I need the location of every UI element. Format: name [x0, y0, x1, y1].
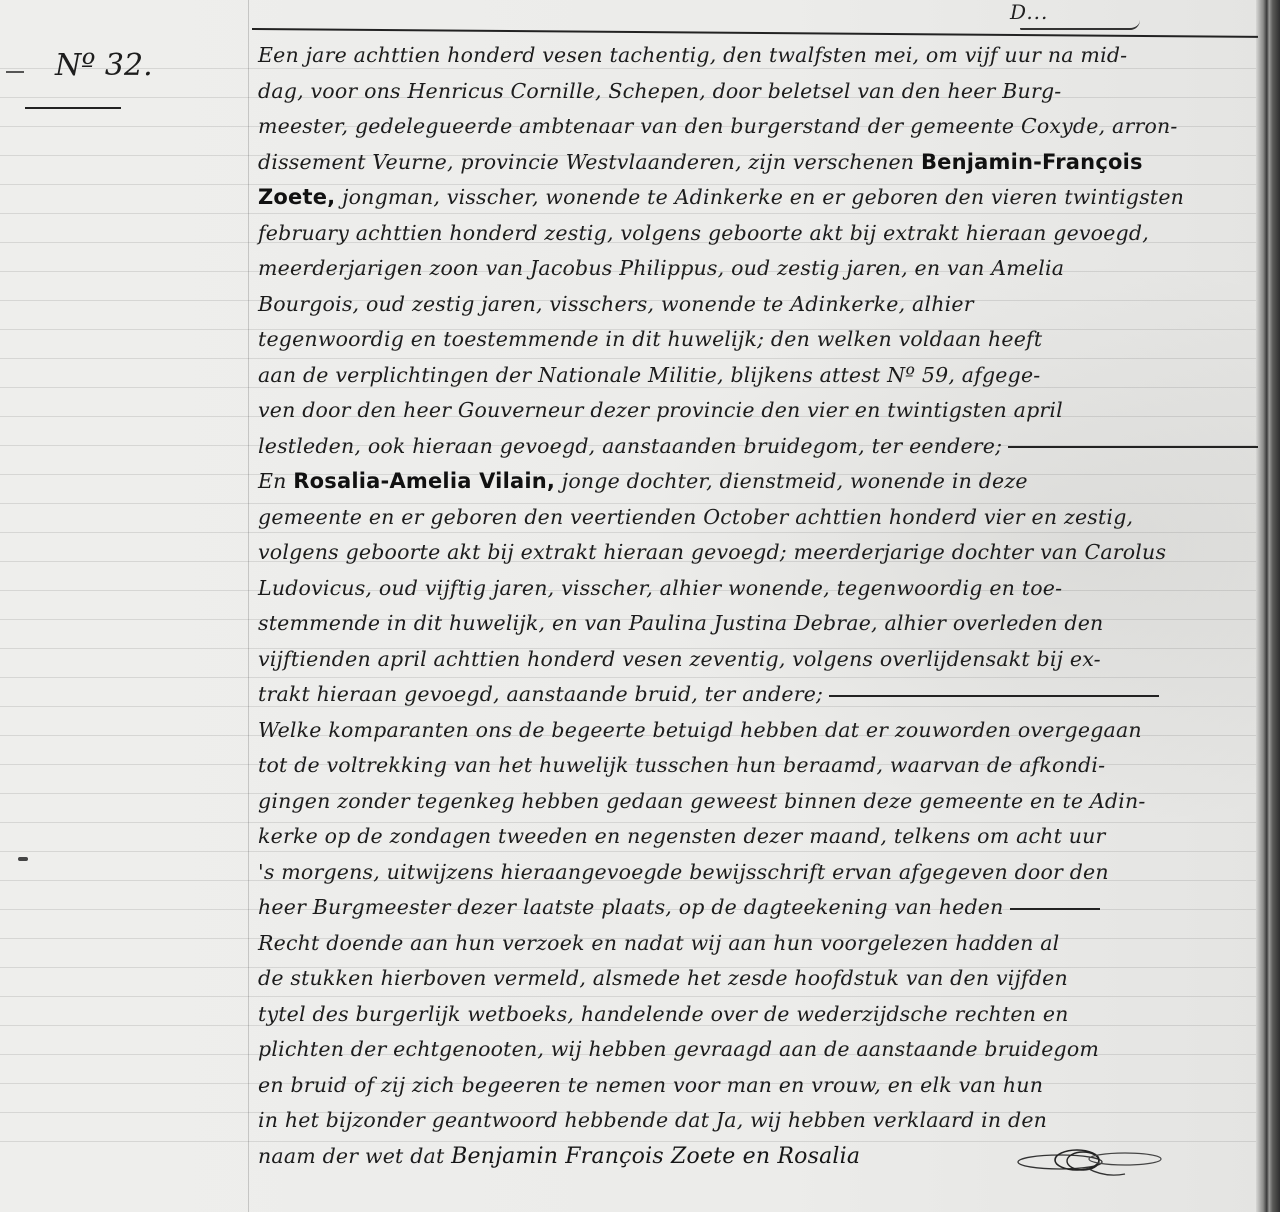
- line-filler-rule: [829, 695, 1159, 697]
- margin-rule: [248, 0, 249, 1212]
- signature-flourish: [1020, 20, 1140, 30]
- record-text: Een jare achttien honderd vesen tachenti…: [258, 38, 1242, 1174]
- record-line: gemeente en er geboren den veertienden O…: [258, 500, 1242, 536]
- record-line: plichten der echtgenooten, wij hebben ge…: [258, 1032, 1242, 1068]
- record-line-text: dissement Veurne, provincie Westvlaander…: [258, 150, 921, 174]
- record-line: Recht doende aan hun verzoek en nadat wi…: [258, 926, 1242, 962]
- record-line: kerke op de zondagen tweeden en negenste…: [258, 819, 1242, 855]
- record-line-text: naam der wet dat: [258, 1144, 451, 1168]
- record-line: heer Burgmeester dezer laatste plaats, o…: [258, 890, 1242, 926]
- record-line: vijftienden april achttien honderd vesen…: [258, 642, 1242, 678]
- record-line-text: jonge dochter, dienstmeid, wonende in de…: [555, 469, 1028, 493]
- page-binding-edge: [1256, 0, 1280, 1212]
- record-line-text: jongman, visscher, wonende te Adinkerke …: [335, 185, 1184, 209]
- record-line: de stukken hierboven vermeld, alsmede he…: [258, 961, 1242, 997]
- record-line: Bourgois, oud zestig jaren, visschers, w…: [258, 287, 1242, 323]
- record-line: Ludovicus, oud vijftig jaren, visscher, …: [258, 571, 1242, 607]
- record-line: gingen zonder tegenkeg hebben gedaan gew…: [258, 784, 1242, 820]
- record-line: tytel des burgerlijk wetboeks, handelend…: [258, 997, 1242, 1033]
- margin-ink-mark: [18, 857, 28, 861]
- record-line-text: lestleden, ook hieraan gevoegd, aanstaan…: [258, 434, 1002, 458]
- record-line: dag, voor ons Henricus Cornille, Schepen…: [258, 74, 1242, 110]
- record-line: tot de voltrekking van het huwelijk tuss…: [258, 748, 1242, 784]
- line-filler-rule: [1008, 446, 1258, 448]
- record-line: tegenwoordig en toestemmende in dit huwe…: [258, 322, 1242, 358]
- record-line: stemmende in dit huwelijk, en van Paulin…: [258, 606, 1242, 642]
- record-line: trakt hieraan gevoegd, aanstaande bruid,…: [258, 677, 1242, 713]
- margin-dash: [6, 71, 24, 73]
- record-line: lestleden, ook hieraan gevoegd, aanstaan…: [258, 429, 1242, 465]
- register-page: D... Nº 32. Een jare achttien honderd ve…: [0, 0, 1280, 1212]
- record-line: aan de verplichtingen der Nationale Mili…: [258, 358, 1242, 394]
- record-line-text: heer Burgmeester dezer laatste plaats, o…: [258, 895, 1004, 919]
- record-line: en bruid of zij zich begeeren te nemen v…: [258, 1068, 1242, 1104]
- record-number-underline: [25, 107, 121, 109]
- record-line: ven door den heer Gouverneur dezer provi…: [258, 393, 1242, 429]
- record-line-text: trakt hieraan gevoegd, aanstaande bruid,…: [258, 682, 823, 706]
- record-line: Welke komparanten ons de begeerte betuig…: [258, 713, 1242, 749]
- closing-names: Benjamin François Zoete en Rosalia: [451, 1144, 860, 1169]
- record-line: En Rosalia-Amelia Vilain, jonge dochter,…: [258, 464, 1242, 500]
- groom-surname: Zoete,: [258, 185, 335, 209]
- record-line: meerderjarigen zoon van Jacobus Philippu…: [258, 251, 1242, 287]
- record-line: Zoete, jongman, visscher, wonende te Adi…: [258, 180, 1242, 216]
- groom-first-names: Benjamin-François: [921, 150, 1143, 174]
- record-line: Een jare achttien honderd vesen tachenti…: [258, 38, 1242, 74]
- paraph-flourish-icon: [1015, 1148, 1165, 1176]
- record-line: in het bijzonder geantwoord hebbende dat…: [258, 1103, 1242, 1139]
- bride-name: Rosalia-Amelia Vilain,: [293, 469, 555, 493]
- bride-intro: En: [258, 469, 287, 493]
- record-line: meester, gedelegueerde ambtenaar van den…: [258, 109, 1242, 145]
- record-number: Nº 32.: [55, 48, 153, 83]
- record-line: dissement Veurne, provincie Westvlaander…: [258, 145, 1242, 181]
- record-line: february achttien honderd zestig, volgen…: [258, 216, 1242, 252]
- line-filler-rule: [1010, 908, 1100, 910]
- record-line: 's morgens, uitwijzens hieraangevoegde b…: [258, 855, 1242, 891]
- record-line: volgens geboorte akt bij extrakt hieraan…: [258, 535, 1242, 571]
